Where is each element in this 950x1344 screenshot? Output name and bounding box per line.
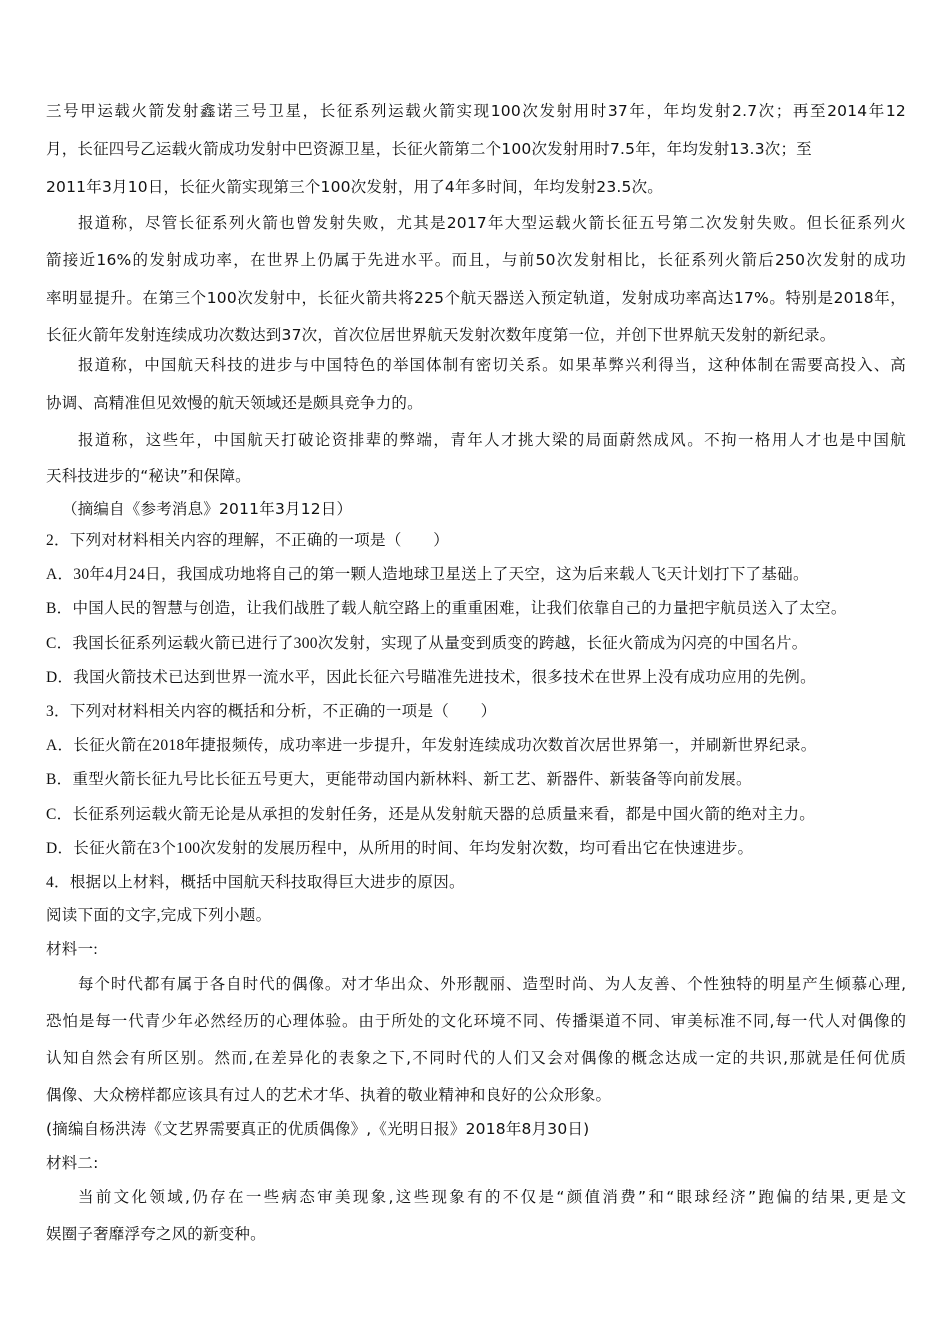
question-option-a: A．长征火箭在2018年捷报频传，成功率进一步提升，年发射连续成功次数首次居世界… (46, 736, 817, 756)
passage-line: 月，长征四号乙运载火箭成功发射中巴资源卫星，长征火箭第二个100次发射用时7.5… (46, 139, 812, 159)
material-label: 材料一: (46, 940, 98, 960)
question-option-c: C．长征系列运载火箭无论是从承担的发射任务，还是从发射航天器的总质量来看，都是中… (46, 805, 815, 825)
passage-line: 天科技进步的“秘诀”和保障。 (46, 466, 251, 486)
question-option-b: B．重型火箭长征九号比长征五号更大，更能带动国内新林料、新工艺、新器件、新装备等… (46, 770, 752, 790)
passage-line: 三号甲运载火箭发射鑫诺三号卫星，长征系列运载火箭实现100次发射用时37年，年均… (46, 101, 906, 121)
passage-line: 2011年3月10日，长征火箭实现第三个100次发射，用了4年多时间，年均发射2… (46, 177, 663, 197)
passage-line: 报道称，这些年，中国航天打破论资排辈的弊端，青年人才挑大梁的局面蔚然成风。不拘一… (78, 430, 906, 450)
question-option-d: D．我国火箭技术已达到世界一流水平，因此长征六号瞄准先进技术，很多技术在世界上没… (46, 668, 816, 688)
passage-line: 报道称，中国航天科技的进步与中国特色的举国体制有密切关系。如果革弊兴利得当，这种… (78, 355, 906, 375)
passage-line: 率明显提升。在第三个100次发射中，长征火箭共将225个航天器送入预定轨道，发射… (46, 288, 906, 308)
question-option-a: A．30年4月24日，我国成功地将自己的第一颗人造地球卫星送上了天空，这为后来载… (46, 565, 809, 585)
document-page: 三号甲运载火箭发射鑫诺三号卫星，长征系列运载火箭实现100次发射用时37年，年均… (0, 0, 950, 1344)
question-stem: 4．根据以上材料，概括中国航天科技取得巨大进步的原因。 (46, 873, 465, 893)
question-option-d: D．长征火箭在3个100次发射的发展历程中，从所用的时间、年均发射次数，均可看出… (46, 839, 753, 859)
material-source: (摘编自杨洪涛《文艺界需要真正的优质偶像》,《光明日报》2018年8月30日) (46, 1119, 589, 1139)
question-option-b: B．中国人民的智慧与创造，让我们战胜了载人航空路上的重重困难，让我们依靠自己的力… (46, 599, 847, 619)
question-stem: 2．下列对材料相关内容的理解，不正确的一项是（ ） (46, 531, 449, 551)
material-line: 偶像、大众榜样都应该具有过人的艺术才华、执着的敬业精神和良好的公众形象。 (46, 1085, 611, 1105)
reading-instruction: 阅读下面的文字,完成下列小题。 (46, 906, 271, 926)
material-label: 材料二: (46, 1153, 99, 1173)
question-option-c: C．我国长征系列运载火箭已进行了300次发射，实现了从量变到质变的跨越，长征火箭… (46, 634, 808, 654)
passage-source: （摘编自《参考消息》2011年3月12日） (62, 499, 352, 519)
question-stem: 3．下列对材料相关内容的概括和分析，不正确的一项是（ ） (46, 702, 496, 722)
passage-line: 协调、高精准但见效慢的航天领域还是颇具竞争力的。 (46, 393, 423, 413)
passage-line: 箭接近16%的发射成功率，在世界上仍属于先进水平。而且，与前50次发射相比，长征… (46, 250, 906, 270)
passage-line: 报道称，尽管长征系列火箭也曾发射失败，尤其是2017年大型运载火箭长征五号第二次… (78, 213, 906, 233)
material-line: 每个时代都有属于各自时代的偶像。对才华出众、外形靓丽、造型时尚、为人友善、个性独… (78, 974, 906, 994)
passage-line: 长征火箭年发射连续成功次数达到37次，首次位居世界航天发射次数年度第一位，并创下… (46, 325, 835, 345)
material-line: 当前文化领域,仍存在一些病态审美现象,这些现象有的不仅是“颜值消费”和“眼球经济… (78, 1187, 906, 1207)
material-line: 娱圈子奢靡浮夸之风的新变种。 (46, 1224, 266, 1244)
material-line: 认知自然会有所区别。然而,在差异化的表象之下,不同时代的人们又会对偶像的概念达成… (46, 1048, 906, 1068)
material-line: 恐怕是每一代青少年必然经历的心理体验。由于所处的文化环境不同、传播渠道不同、审美… (46, 1011, 906, 1031)
